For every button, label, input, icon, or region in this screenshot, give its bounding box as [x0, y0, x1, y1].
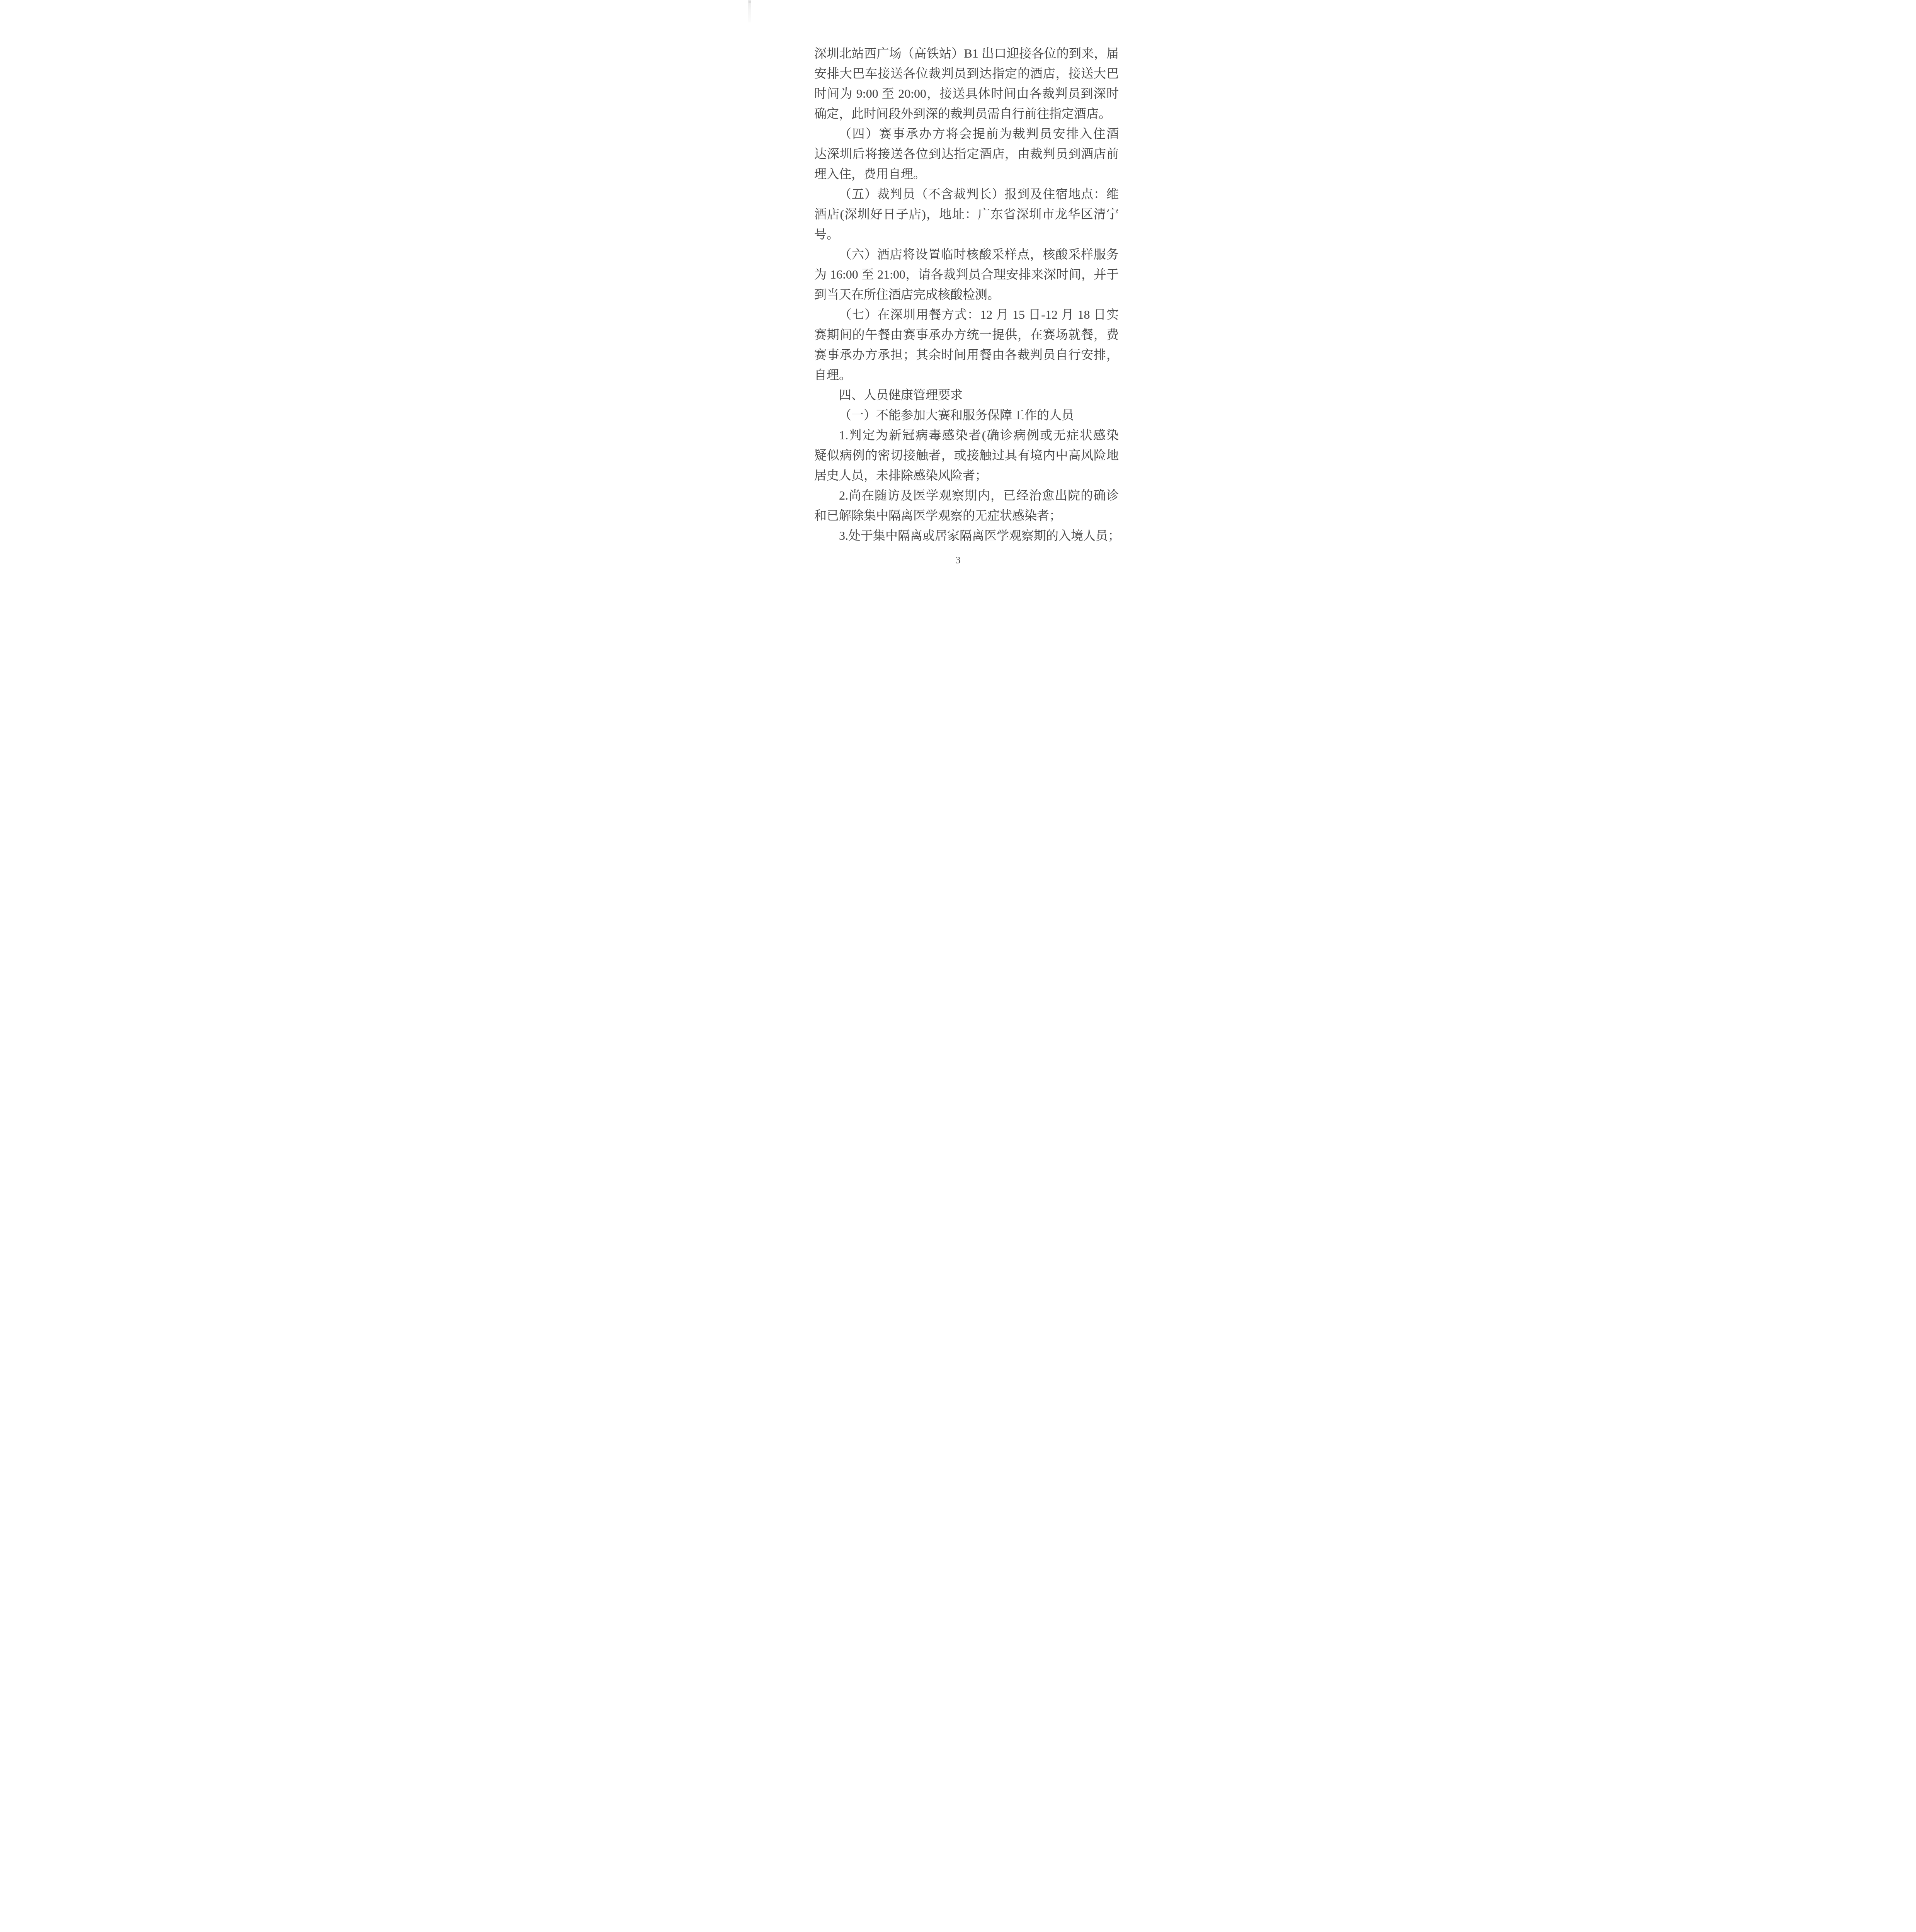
text-line: 达深圳后将接送各位到达指定酒店，由裁判员到酒店前台办 — [814, 144, 1119, 164]
text-line: （七）在深圳用餐方式：12 月 15 日-12 月 18 日实操比 — [814, 304, 1119, 325]
document-page: 深圳北站西广场（高铁站）B1 出口迎接各位的到来，届时将 安排大巴车接送各位裁判… — [745, 0, 1171, 601]
text-line: 自理。 — [814, 365, 1119, 385]
scan-artifact-strip — [748, 0, 751, 22]
text-line: 到当天在所住酒店完成核酸检测。 — [814, 284, 1119, 304]
text-line: 号。 — [814, 224, 1119, 244]
text-line: 赛期间的午餐由赛事承办方统一提供，在赛场就餐，费用由 — [814, 325, 1119, 345]
text-line: 时间为 9:00 至 20:00，接送具体时间由各裁判员到深时间来 — [814, 83, 1119, 104]
text-block: 深圳北站西广场（高铁站）B1 出口迎接各位的到来，届时将 安排大巴车接送各位裁判… — [814, 43, 1119, 546]
text-line: （六）酒店将设置临时核酸采样点，核酸采样服务时间 — [814, 244, 1119, 264]
text-line: 3.处于集中隔离或居家隔离医学观察期的入境人员； — [814, 526, 1119, 546]
text-line: 疑似病例的密切接触者，或接触过具有境内中高风险地区旅 — [814, 445, 1119, 465]
text-line: 酒店(深圳好日子店)，地址：广东省深圳市龙华区清宁路 33 — [814, 204, 1119, 224]
text-line: 2.尚在随访及医学观察期内，已经治愈出院的确诊病例 — [814, 485, 1119, 505]
section-heading: 四、人员健康管理要求 — [814, 385, 1119, 405]
text-line: （四）赛事承办方将会提前为裁判员安排入住酒店，到 — [814, 124, 1119, 144]
scan-artifact-dot — [749, 1, 751, 3]
page-number: 3 — [745, 550, 1171, 570]
text-line: 1.判定为新冠病毒感染者(确诊病例或无症状感染者)、 — [814, 425, 1119, 445]
text-line: 居史人员，未排除感染风险者； — [814, 465, 1119, 485]
text-line: 和已解除集中隔离医学观察的无症状感染者； — [814, 505, 1119, 526]
text-line: 为 16:00 至 21:00，请各裁判员合理安排来深时间，并于报 — [814, 264, 1119, 284]
text-line: （一）不能参加大赛和服务保障工作的人员 — [814, 405, 1119, 425]
text-line: 赛事承办方承担；其余时间用餐由各裁判员自行安排，费用 — [814, 345, 1119, 365]
text-line: （五）裁判员（不含裁判长）报到及住宿地点：维也纳 — [814, 184, 1119, 204]
text-line: 理入住，费用自理。 — [814, 164, 1119, 184]
text-line: 深圳北站西广场（高铁站）B1 出口迎接各位的到来，届时将 — [814, 43, 1119, 63]
text-line: 确定，此时间段外到深的裁判员需自行前往指定酒店。 — [814, 104, 1119, 124]
text-line: 安排大巴车接送各位裁判员到达指定的酒店，接送大巴接送 — [814, 63, 1119, 83]
